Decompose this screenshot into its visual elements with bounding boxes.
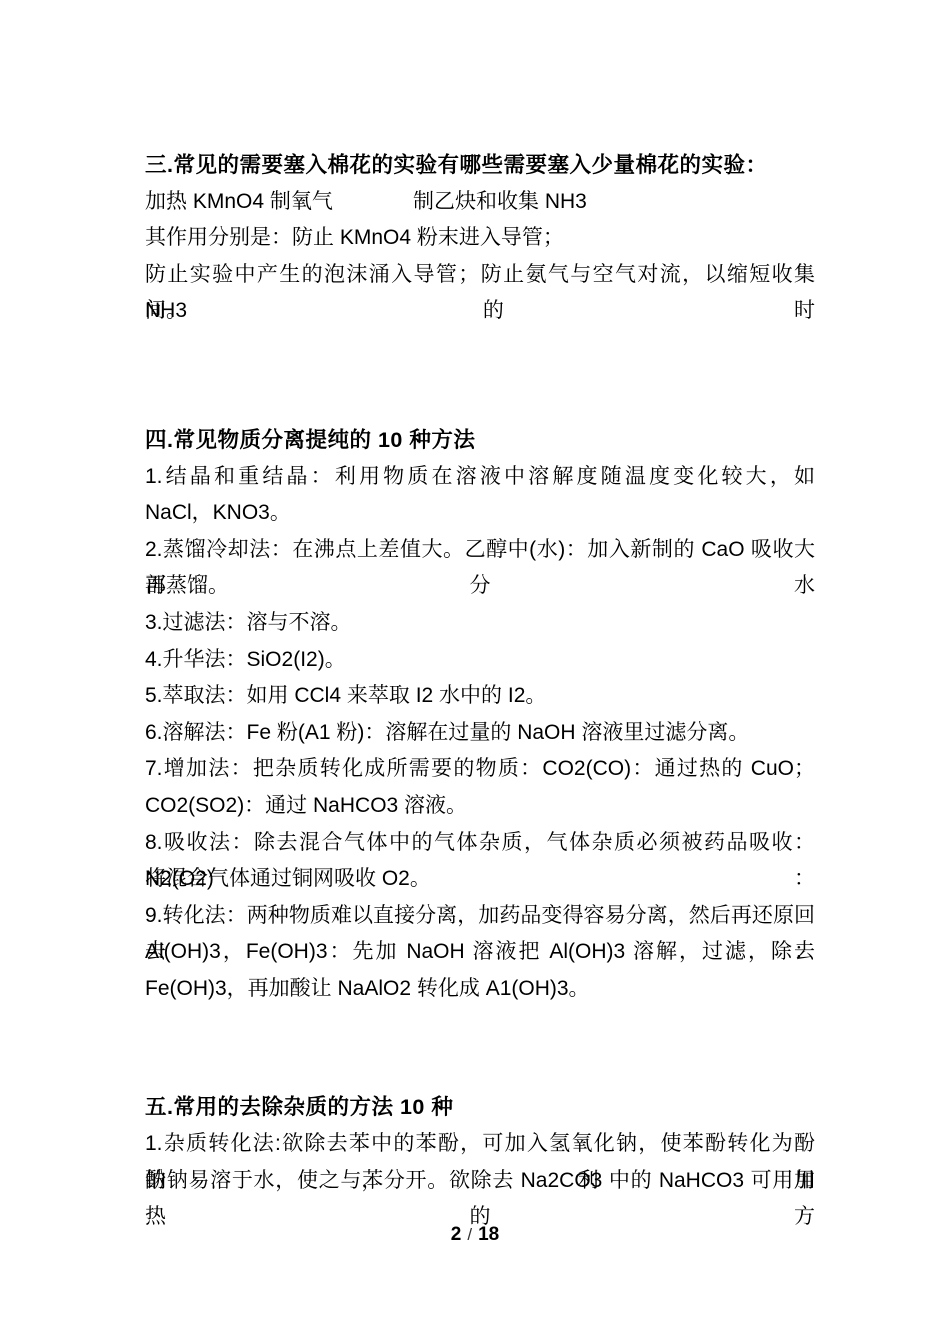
text-line: CO2(SO2)：通过 NaHCO3 溶液。 xyxy=(145,788,815,825)
page-number-separator: / xyxy=(467,1225,472,1244)
text-line: 其作用分别是：防止 KMnO4 粉末进入导管； xyxy=(145,220,815,257)
document-page: 三.常见的需要塞入棉花的实验有哪些需要塞入少量棉花的实验： 加热 KMnO4 制… xyxy=(0,0,950,1344)
section-separation-methods: 四.常见物质分离提纯的 10 种方法 1.结晶和重结晶：利用物质在溶液中溶解度随… xyxy=(145,422,815,1008)
text-segment: 加热 KMnO4 制氧气 xyxy=(145,184,413,221)
text-line: NaCl，KNO3。 xyxy=(145,495,815,532)
document-content: 三.常见的需要塞入棉花的实验有哪些需要塞入少量棉花的实验： 加热 KMnO4 制… xyxy=(145,147,815,1199)
section-heading: 五.常用的去除杂质的方法 10 种 xyxy=(145,1089,815,1126)
current-page-number: 2 xyxy=(451,1224,462,1245)
text-line: 酚钠易溶于水，使之与苯分开。欲除去 Na2CO3 中的 NaHCO3 可用加热的… xyxy=(145,1163,815,1200)
text-line: 1.结晶和重结晶：利用物质在溶液中溶解度随温度变化较大，如 xyxy=(145,459,815,496)
text-line: 1.杂质转化法:欲除去苯中的苯酚，可加入氢氧化钠，使苯酚转化为酚钠，利用 xyxy=(145,1126,815,1163)
section-heading: 四.常见物质分离提纯的 10 种方法 xyxy=(145,422,815,459)
text-line: 8.吸收法：除去混合气体中的气体杂质，气体杂质必须被药品吸收：N2(O2)： xyxy=(145,825,815,862)
text-line: Al(OH)3，Fe(OH)3：先加 NaOH 溶液把 Al(OH)3 溶解，过… xyxy=(145,934,815,971)
text-line: 3.过滤法：溶与不溶。 xyxy=(145,605,815,642)
total-page-count: 18 xyxy=(478,1224,499,1245)
text-line: 9.转化法：两种物质难以直接分离，加药品变得容易分离，然后再还原回去： xyxy=(145,898,815,935)
text-line: 加热 KMnO4 制氧气制乙炔和收集 NH3 xyxy=(145,184,815,221)
section-impurity-removal-methods: 五.常用的去除杂质的方法 10 种 1.杂质转化法:欲除去苯中的苯酚，可加入氢氧… xyxy=(145,1089,815,1199)
text-line: 5.萃取法：如用 CCl4 来萃取 I2 水中的 I2。 xyxy=(145,678,815,715)
text-line: 4.升华法：SiO2(I2)。 xyxy=(145,642,815,679)
text-line: Fe(OH)3，再加酸让 NaAlO2 转化成 A1(OH)3。 xyxy=(145,971,815,1008)
text-line: 2.蒸馏冷却法：在沸点上差值大。乙醇中(水)：加入新制的 CaO 吸收大部分水 xyxy=(145,532,815,569)
section-cotton-experiments: 三.常见的需要塞入棉花的实验有哪些需要塞入少量棉花的实验： 加热 KMnO4 制… xyxy=(145,147,815,330)
text-segment: 制乙炔和收集 NH3 xyxy=(413,190,587,213)
text-line: 6.溶解法：Fe 粉(A1 粉)：溶解在过量的 NaOH 溶液里过滤分离。 xyxy=(145,715,815,752)
section-heading: 三.常见的需要塞入棉花的实验有哪些需要塞入少量棉花的实验： xyxy=(145,147,815,184)
text-line: 7.增加法：把杂质转化成所需要的物质：CO2(CO)：通过热的 CuO； xyxy=(145,751,815,788)
page-number: 2/18 xyxy=(0,1220,950,1250)
text-line: 防止实验中产生的泡沫涌入导管；防止氨气与空气对流，以缩短收集 NH3 的时 xyxy=(145,257,815,294)
